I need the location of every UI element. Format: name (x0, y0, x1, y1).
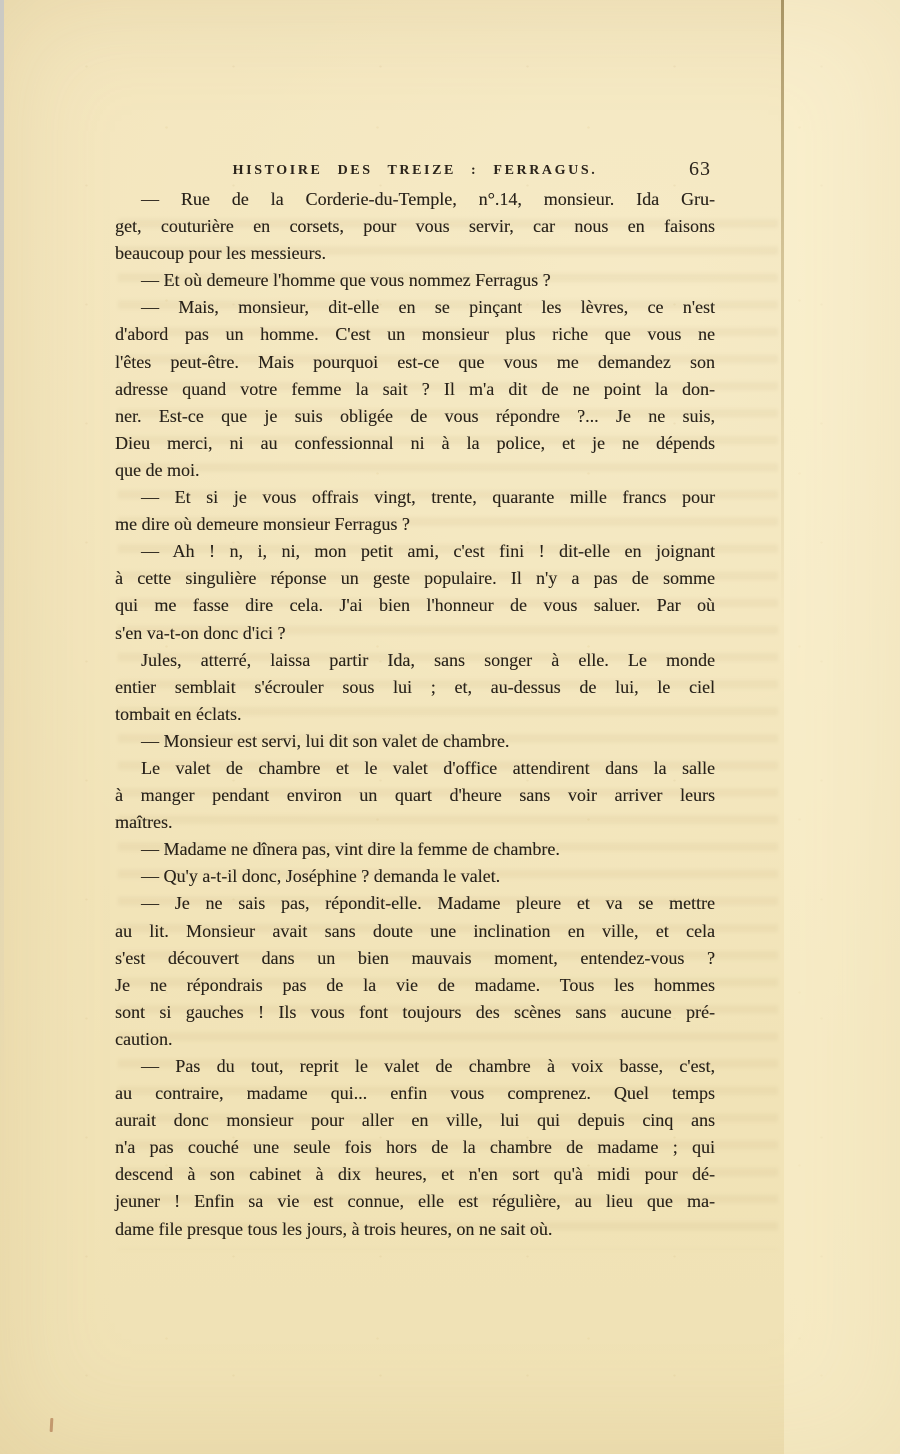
running-title: HISTOIRE DES TREIZE : FERRAGUS. (233, 163, 598, 178)
text-line: Jules, atterré, laissa partir Ida, sans … (115, 647, 715, 674)
text-line: — Madame ne dînera pas, vint dire la fem… (115, 836, 715, 863)
text-line: au lit. Monsieur avait sans doute une in… (115, 918, 715, 945)
text-line: — Je ne sais pas, répondit-elle. Madame … (115, 890, 715, 917)
text-line: n'a pas couché une seule fois hors de la… (115, 1134, 715, 1161)
paragraph: — Et si je vous offrais vingt, trente, q… (115, 484, 715, 538)
paragraph: — Monsieur est servi, lui dit son valet … (115, 728, 715, 755)
text-line: — Pas du tout, reprit le valet de chambr… (115, 1053, 715, 1080)
text-line: — Et où demeure l'homme que vous nommez … (115, 267, 715, 294)
scanner-edge-strip (0, 0, 4, 1100)
paragraph: — Rue de la Corderie-du-Temple, n°.14, m… (115, 186, 715, 267)
text-line: dame file presque tous les jours, à troi… (115, 1216, 715, 1243)
text-line: Je ne répondrais pas de la vie de madame… (115, 972, 715, 999)
text-line: — Mais, monsieur, dit-elle en se pinçant… (115, 294, 715, 321)
pen-mark (50, 1418, 53, 1432)
text-line: ner. Est-ce que je suis obligée de vous … (115, 403, 715, 430)
text-line: que de moi. (115, 457, 715, 484)
paragraph: Le valet de chambre et le valet d'office… (115, 755, 715, 836)
paragraph: — Ah ! n, i, ni, mon petit ami, c'est fi… (115, 538, 715, 646)
text-line: — Et si je vous offrais vingt, trente, q… (115, 484, 715, 511)
text-line: caution. (115, 1026, 715, 1053)
page-number: 63 (689, 158, 711, 181)
text-line: me dire où demeure monsieur Ferragus ? (115, 511, 715, 538)
text-block: — Rue de la Corderie-du-Temple, n°.14, m… (115, 186, 715, 1243)
page-edge-crease (781, 0, 784, 620)
text-line: — Qu'y a-t-il donc, Joséphine ? demanda … (115, 863, 715, 890)
text-line: Dieu merci, ni au confessionnal ni à la … (115, 430, 715, 457)
text-line: sont si gauches ! Ils vous font toujours… (115, 999, 715, 1026)
text-line: — Rue de la Corderie-du-Temple, n°.14, m… (115, 186, 715, 213)
running-head: HISTOIRE DES TREIZE : FERRAGUS. 63 (115, 161, 715, 183)
text-line: beaucoup pour les messieurs. (115, 240, 715, 267)
text-line: adresse quand votre femme la sait ? Il m… (115, 376, 715, 403)
text-line: Le valet de chambre et le valet d'office… (115, 755, 715, 782)
text-line: l'êtes peut-être. Mais pourquoi est-ce q… (115, 349, 715, 376)
text-line: tombait en éclats. (115, 701, 715, 728)
paragraph: — Je ne sais pas, répondit-elle. Madame … (115, 890, 715, 1053)
text-line: qui me fasse dire cela. J'ai bien l'honn… (115, 592, 715, 619)
text-line: d'abord pas un homme. C'est un monsieur … (115, 321, 715, 348)
paragraph: — Mais, monsieur, dit-elle en se pinçant… (115, 294, 715, 484)
text-line: à cette singulière réponse un geste popu… (115, 565, 715, 592)
text-line: — Ah ! n, i, ni, mon petit ami, c'est fi… (115, 538, 715, 565)
text-line: au contraire, madame qui... enfin vous c… (115, 1080, 715, 1107)
text-line: s'est découvert dans un bien mauvais mom… (115, 945, 715, 972)
text-line: maîtres. (115, 809, 715, 836)
paragraph: — Madame ne dînera pas, vint dire la fem… (115, 836, 715, 863)
text-line: — Monsieur est servi, lui dit son valet … (115, 728, 715, 755)
text-line: à manger pendant environ un quart d'heur… (115, 782, 715, 809)
paragraph: — Et où demeure l'homme que vous nommez … (115, 267, 715, 294)
right-margin-paper (784, 0, 900, 1454)
paragraph: — Pas du tout, reprit le valet de chambr… (115, 1053, 715, 1243)
book-page: HISTOIRE DES TREIZE : FERRAGUS. 63 — Rue… (0, 0, 900, 1454)
paragraph: Jules, atterré, laissa partir Ida, sans … (115, 647, 715, 728)
text-line: entier semblait s'écrouler sous lui ; et… (115, 674, 715, 701)
paragraph: — Qu'y a-t-il donc, Joséphine ? demanda … (115, 863, 715, 890)
text-line: aurait donc monsieur pour aller en ville… (115, 1107, 715, 1134)
text-line: get, couturière en corsets, pour vous se… (115, 213, 715, 240)
text-line: s'en va-t-on donc d'ici ? (115, 620, 715, 647)
text-line: descend à son cabinet à dix heures, et n… (115, 1161, 715, 1188)
text-line: jeuner ! Enfin sa vie est connue, elle e… (115, 1188, 715, 1215)
